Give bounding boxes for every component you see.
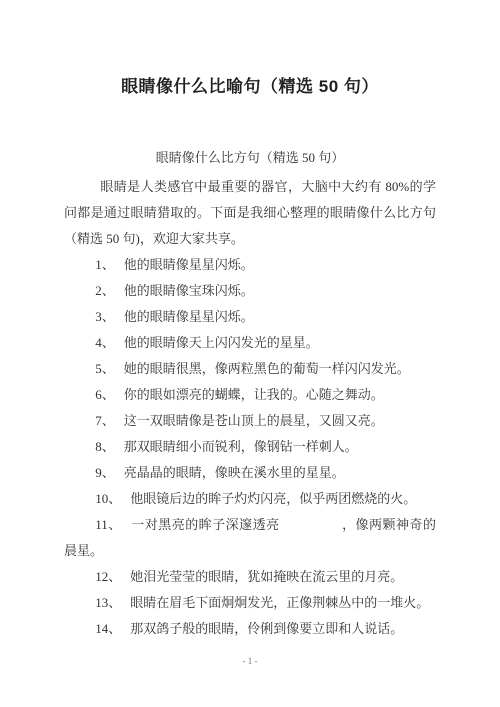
- sentence-text: 她的眼睛很黑，像两粒黑色的葡萄一样闪闪发光。: [124, 361, 410, 376]
- sentence-text: 他的眼睛像星星闪烁。: [124, 257, 254, 272]
- document-content: 眼睛像什么比喻句（精选 50 句） 眼睛像什么比方句（精选 50 句） 眼睛是人…: [0, 75, 500, 668]
- list-item-number: 1、: [95, 257, 115, 272]
- list-item-number: 8、: [95, 439, 115, 454]
- sentence-text: 他的眼睛像星星闪烁。: [124, 309, 254, 324]
- list-item: 1、 他的眼睛像星星闪烁。: [64, 252, 436, 278]
- list-item-number: 7、: [95, 413, 115, 428]
- document-subtitle: 眼睛像什么比方句（精选 50 句）: [64, 145, 436, 171]
- list-item-number: 9、: [95, 465, 115, 480]
- sentence-text: 那双眼睛细小而锐利，像钢钻一样刺人。: [124, 439, 358, 454]
- sentence-text: 这一双眼睛像是苍山顶上的晨星，又圆又亮。: [124, 413, 384, 428]
- list-item: 7、 这一双眼睛像是苍山顶上的晨星，又圆又亮。: [64, 408, 436, 434]
- sentence-text: 亮晶晶的眼睛，像映在溪水里的星星。: [124, 465, 345, 480]
- list-item: 8、 那双眼睛细小而锐利，像钢钻一样刺人。: [64, 434, 436, 460]
- sentence-text: 她泪光莹莹的眼睛，犹如掩映在流云里的月亮。: [130, 569, 403, 584]
- list-item-number: 2、: [95, 283, 115, 298]
- list-item-number: 3、: [95, 309, 115, 324]
- list-item: 12、 她泪光莹莹的眼睛，犹如掩映在流云里的月亮。: [64, 564, 436, 590]
- list-item-number: 4、: [95, 335, 115, 350]
- inline-gap: [280, 528, 342, 529]
- list-item-number: 6、: [95, 387, 115, 402]
- document-title: 眼睛像什么比喻句（精选 50 句）: [64, 75, 436, 99]
- list-item: 2、 他的眼睛像宝珠闪烁。: [64, 278, 436, 304]
- document-page: 眼睛像什么比喻句（精选 50 句） 眼睛像什么比方句（精选 50 句） 眼睛是人…: [0, 0, 500, 707]
- list-item: 13、 眼睛在眉毛下面炯炯发光，正像荆棘丛中的一堆火。: [64, 590, 436, 616]
- sentence-text: 他的眼睛像天上闪闪发光的星星。: [124, 335, 319, 350]
- list-item-number: 14、: [95, 621, 121, 636]
- intro-paragraph: 眼睛是人类感官中最重要的器官，大脑中大约有 80%的学问都是通过眼睛猎取的。下面…: [64, 174, 436, 252]
- list-item-number: 11、: [95, 517, 122, 532]
- sentence-text: 他眼镜后边的眸子灼灼闪亮，似乎两团燃烧的火。: [130, 491, 416, 506]
- list-item-number: 5、: [95, 361, 115, 376]
- sentence-text: 那双鸽子般的眼睛，伶俐到像要立即和人说话。: [130, 621, 403, 636]
- list-item: 4、 他的眼睛像天上闪闪发光的星星。: [64, 330, 436, 356]
- list-item: 14、 那双鸽子般的眼睛，伶俐到像要立即和人说话。: [64, 616, 436, 642]
- list-item: 11、 一对黑亮的眸子深邃透亮，像两颗神奇的晨星。: [64, 512, 436, 564]
- list-item: 5、 她的眼睛很黑，像两粒黑色的葡萄一样闪闪发光。: [64, 356, 436, 382]
- sentence-text: 一对黑亮的眸子深邃透亮: [131, 517, 279, 532]
- list-item-number: 12、: [95, 569, 121, 584]
- list-item: 6、 你的眼如漂亮的蝴蝶，让我的。心随之舞动。: [64, 382, 436, 408]
- sentence-text: 他的眼睛像宝珠闪烁。: [124, 283, 254, 298]
- sentence-text: 你的眼如漂亮的蝴蝶，让我的。心随之舞动。: [124, 387, 384, 402]
- list-item: 10、 他眼镜后边的眸子灼灼闪亮，似乎两团燃烧的火。: [64, 486, 436, 512]
- list-item-number: 13、: [95, 595, 121, 610]
- page-number: - 1 -: [64, 654, 436, 668]
- sentence-text: 眼睛在眉毛下面炯炯发光，正像荆棘丛中的一堆火。: [130, 595, 429, 610]
- sentence-list: 1、 他的眼睛像星星闪烁。 2、 他的眼睛像宝珠闪烁。 3、 他的眼睛像星星闪烁…: [64, 252, 436, 642]
- list-item: 9、 亮晶晶的眼睛，像映在溪水里的星星。: [64, 460, 436, 486]
- list-item: 3、 他的眼睛像星星闪烁。: [64, 304, 436, 330]
- list-item-number: 10、: [95, 491, 121, 506]
